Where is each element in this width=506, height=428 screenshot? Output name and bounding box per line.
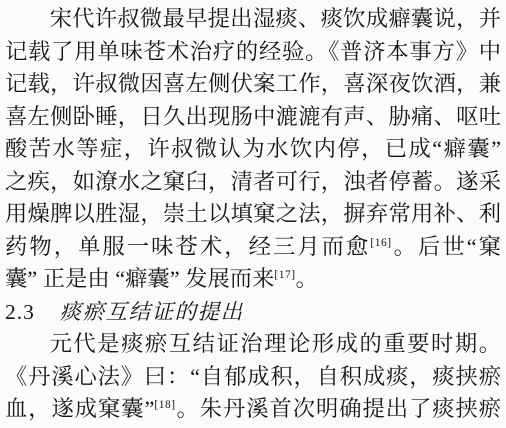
text-run: 元代是痰瘀互结证治理论形成的重要时期。 [50,331,501,356]
text-line: 囊” 正是由 “癖囊” 发展而来[17]。 [5,263,501,296]
text-run: 用燥脾以胜湿，崇土以填窠之法，摒弃常用补、利 [5,201,501,226]
text-run: 囊” 正是由 “癖囊” 发展而来 [5,266,274,291]
text-line: 喜左侧卧睡，日久出现肠中漉漉有声、胁痛、呕吐 [5,101,501,134]
section-number: 2.3 [5,300,35,324]
text-line: 元代是痰瘀互结证治理论形成的重要时期。 [5,328,501,361]
text-run: 。 [296,266,318,291]
text-line: 记载了用单味苍术治疗的经验。《普济本事方》中 [5,36,501,69]
text-run: 。朱丹溪首次明确提出了痰挟瘀 [176,396,501,421]
text-line: 《丹溪心法》曰：“自郁成积，自积成痰，痰挟瘀 [5,361,501,394]
text-run: 药物，单服一味苍术，经三月而愈 [5,234,370,259]
text-line: 之疾，如潦水之窠臼，清者可行，浊者停蓄。遂采 [5,166,501,199]
text-line: 宋代许叔微最早提出湿痰、痰饮成癖囊说，并 [5,3,501,36]
text-line: 药物，单服一味苍术，经三月而愈[16]。后世“窠 [5,231,501,264]
section-title: 痰瘀互结证的提出 [60,300,244,324]
text-run: 。后世“窠 [392,234,501,259]
section-heading: 2.3痰瘀互结证的提出 [5,296,501,329]
text-line: 血，遂成窠囊”[18]。朱丹溪首次明确提出了痰挟瘀 [5,393,501,426]
text-run: 酸苦水等症，许叔微认为水饮内停，已成“癖囊” [5,136,501,161]
text-line: 酸苦水等症，许叔微认为水饮内停，已成“癖囊” [5,133,501,166]
scanned-paper-page: 宋代许叔微最早提出湿痰、痰饮成癖囊说，并 记载了用单味苍术治疗的经验。《普济本事… [0,0,506,428]
text-line: 用燥脾以胜湿，崇土以填窠之法，摒弃常用补、利 [5,198,501,231]
text-run: 记载，许叔微因喜左侧伏案工作，喜深夜饮酒，兼 [5,71,501,96]
text-run: 《丹溪心法》曰：“自郁成积，自积成痰，痰挟瘀 [5,364,501,389]
citation-ref-16: [16] [370,237,391,249]
text-run: 宋代许叔微最早提出湿痰、痰饮成癖囊说，并 [50,6,501,31]
citation-ref-17: [17] [274,269,295,281]
citation-ref-18: [18] [154,399,175,411]
text-run: 之疾，如潦水之窠臼，清者可行，浊者停蓄。遂采 [5,169,501,194]
text-run: 血，遂成窠囊” [5,396,154,421]
text-run: 记载了用单味苍术治疗的经验。《普济本事方》中 [5,39,501,64]
text-run: 喜左侧卧睡，日久出现肠中漉漉有声、胁痛、呕吐 [5,104,501,129]
text-line: 记载，许叔微因喜左侧伏案工作，喜深夜饮酒，兼 [5,68,501,101]
